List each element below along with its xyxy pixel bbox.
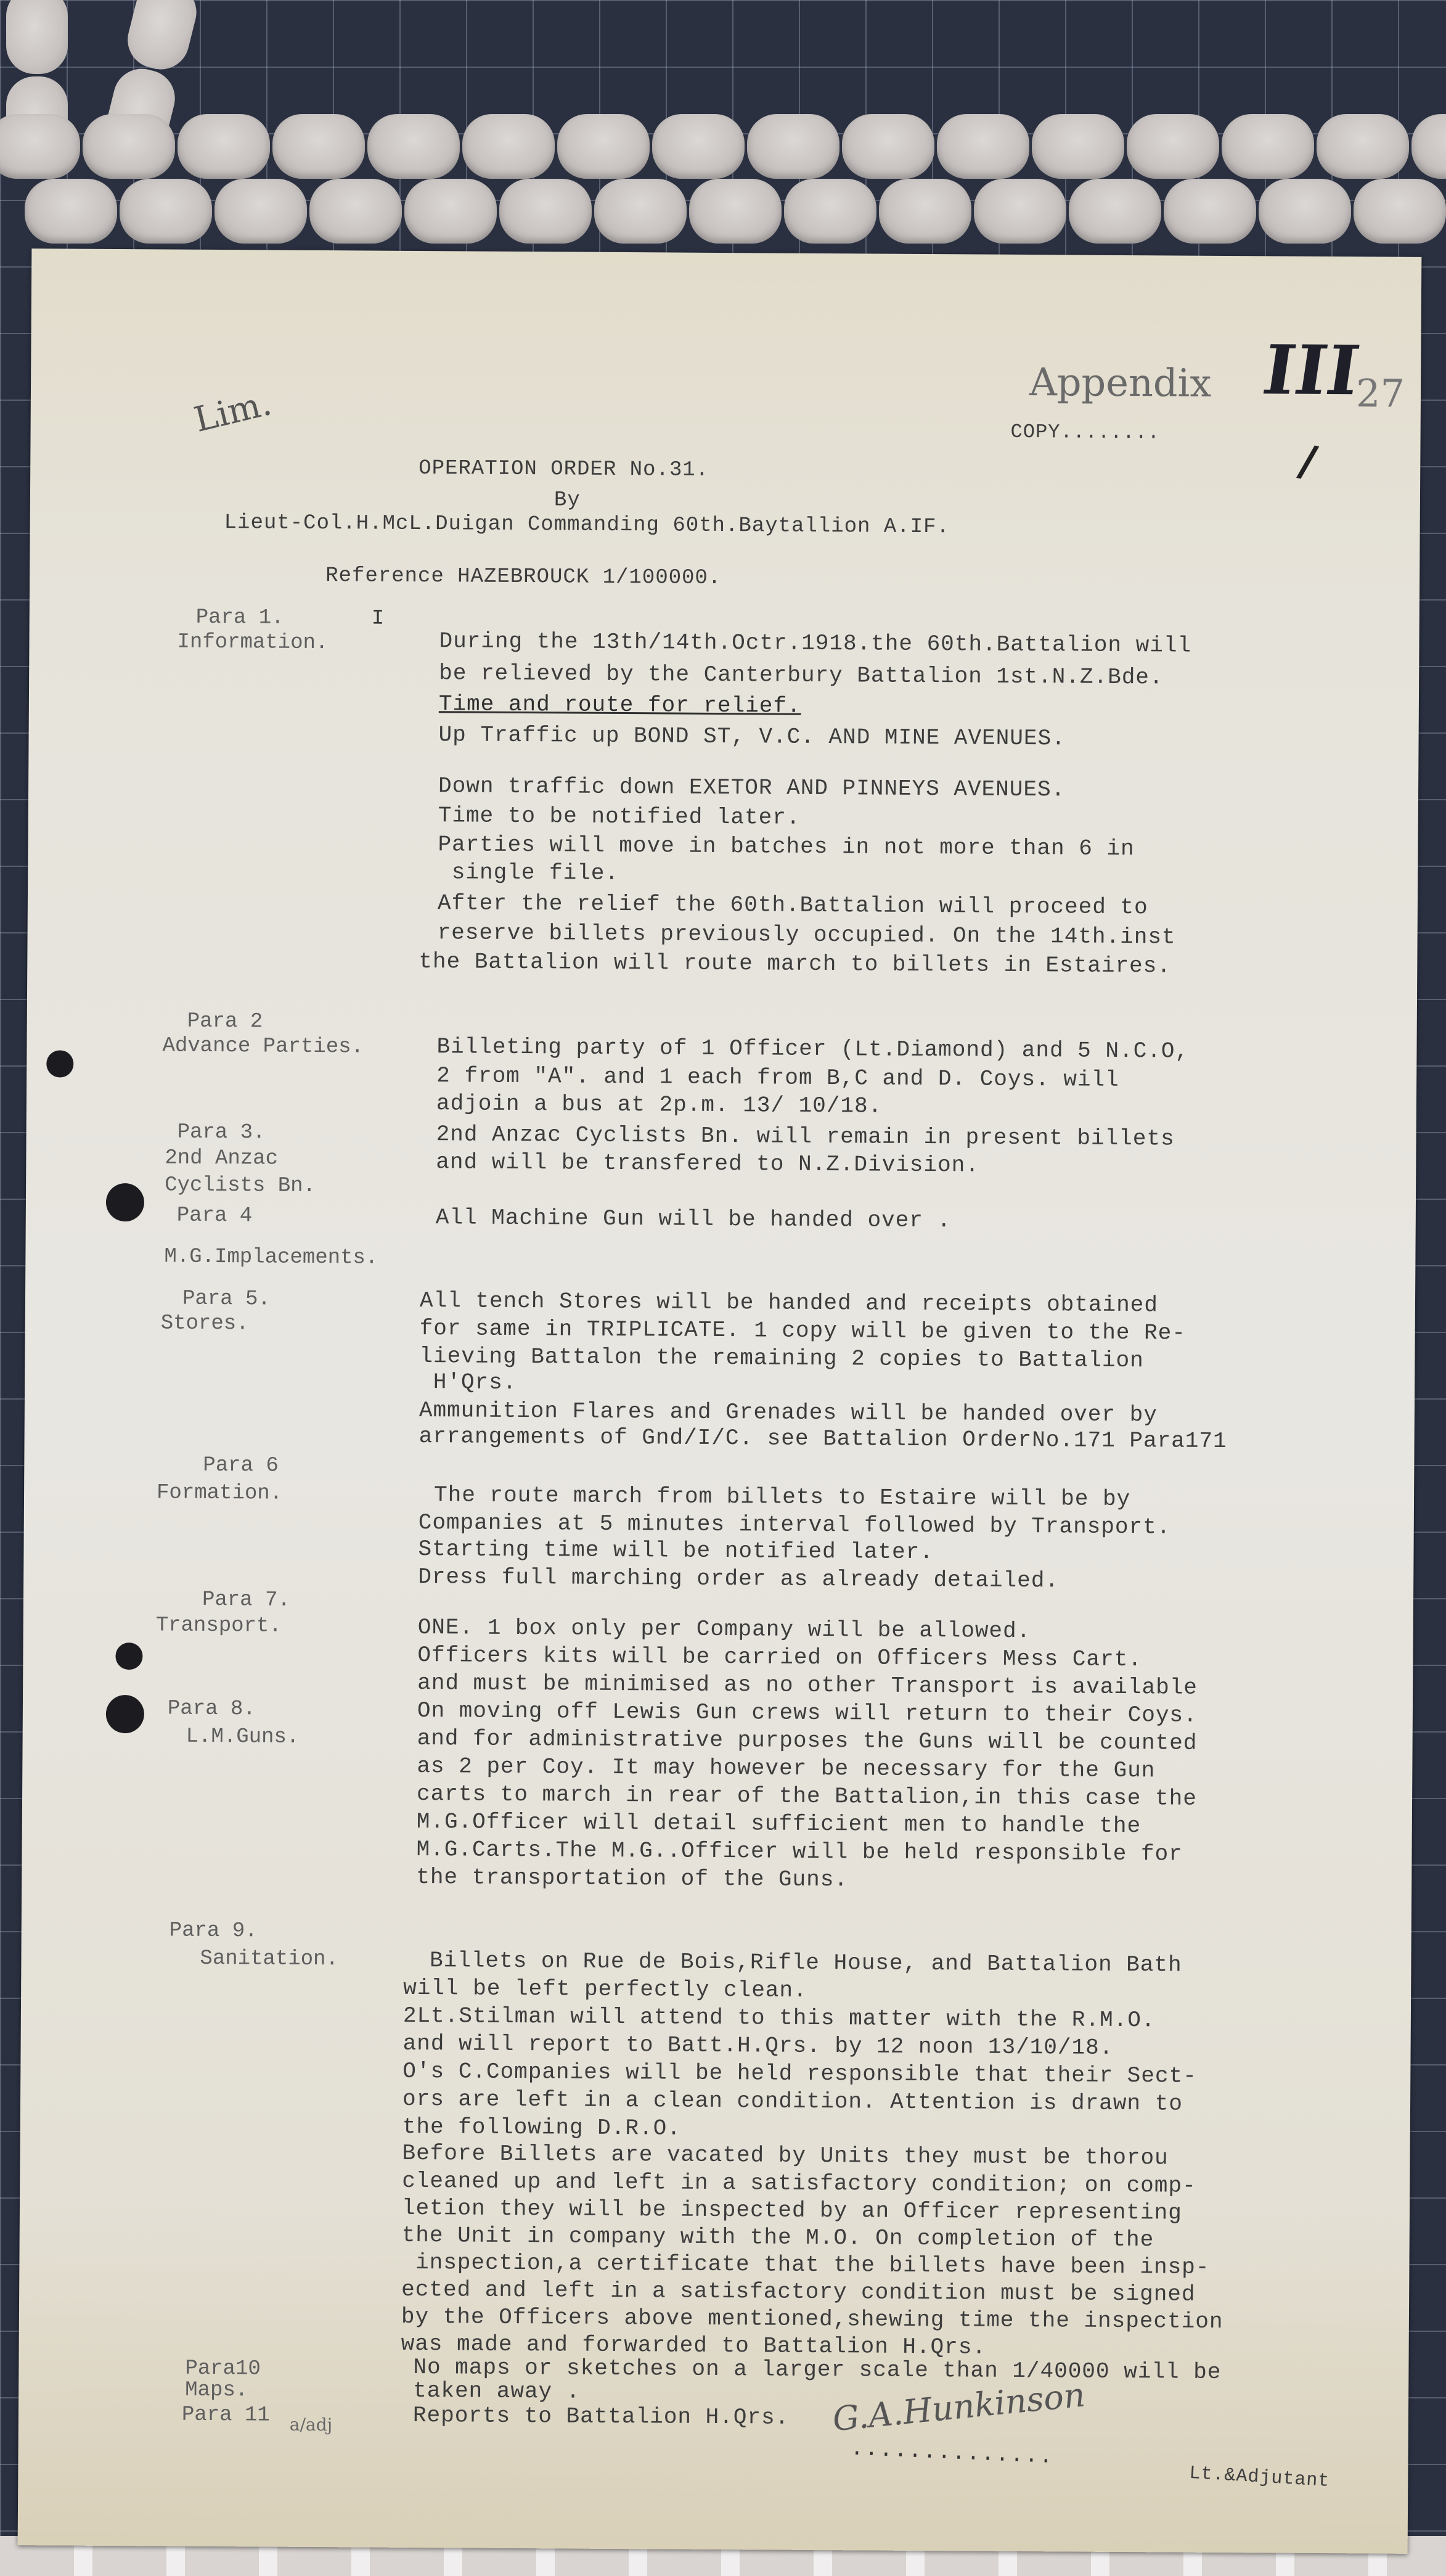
rope-top-upper	[0, 114, 1446, 179]
para-line: Reports to Battalion H.Qrs.	[413, 2402, 790, 2432]
para-line: Starting time will be notified later.	[418, 1535, 934, 1567]
para-line: H'Qrs.	[419, 1368, 517, 1397]
punch-hole	[46, 1050, 73, 1077]
para-line: Dress full marching order as already det…	[418, 1563, 1059, 1595]
para-line: the transportation of the Guns.	[416, 1863, 848, 1894]
para-line: Parties will move in batches in not more…	[438, 831, 1134, 863]
para-line: lieving Battalon the remaining 2 copies …	[419, 1342, 1144, 1375]
para-5-heading: Stores.	[161, 1310, 249, 1337]
para-line: adjoin a bus at 2p.m. 13/ 10/18.	[436, 1089, 883, 1120]
para-7-number: Para 7.	[202, 1586, 290, 1614]
handwritten-note-top-left: Lim.	[190, 383, 276, 440]
signature-title: Lt.&Adjutant	[1188, 2459, 1330, 2496]
copy-label: COPY........	[1010, 418, 1160, 447]
para-4-heading: M.G.Implacements.	[164, 1243, 378, 1271]
para-line: reserve billets previously occupied. On …	[437, 919, 1175, 951]
signature-dotted-line: ..............	[850, 2436, 1055, 2470]
map-reference: Reference HAZEBROUCK 1/100000.	[325, 562, 721, 593]
para-2-number: Para 2	[187, 1008, 263, 1036]
para-1-heading: Information.	[177, 629, 328, 657]
para-line: After the relief the 60th.Battalion will…	[438, 889, 1148, 922]
para-line: arrangements of Gnd/I/C. see Battalion O…	[419, 1422, 1227, 1456]
para-line: and will be transfered to N.Z.Division.	[436, 1148, 979, 1179]
para-4-number: Para 4	[177, 1202, 253, 1230]
para-7-heading: Transport.	[156, 1612, 282, 1639]
para-6-number: Para 6	[203, 1452, 279, 1480]
para-line: the Battalion will route march to billet…	[419, 948, 1171, 980]
para-3-number: Para 3.	[178, 1119, 266, 1147]
para-line: will be left perfectly clean.	[403, 1974, 807, 2005]
handwritten-margin-initials: a/adj	[290, 2414, 333, 2435]
para-line: All Machine Gun will be handed over .	[436, 1204, 952, 1235]
para-line: ONE. 1 box only per Company will be allo…	[418, 1614, 1031, 1646]
para-line: the following D.R.O.	[402, 2113, 681, 2143]
para-line: During the 13th/14th.Octr.1918.the 60th.…	[439, 627, 1191, 660]
para-line-underlined: Time and route for relief.	[439, 690, 801, 721]
para-line: 2 from "A". and 1 each from B,C and D. C…	[436, 1062, 1119, 1094]
author-line: Lieut-Col.H.McL.Duigan Commanding 60th.B…	[224, 509, 950, 541]
para-line: The route march from billets to Estaire …	[434, 1481, 1130, 1514]
document-title: OPERATION ORDER No.31.	[419, 454, 709, 485]
rope-top-lower	[25, 179, 1446, 244]
para-9-number: Para 9.	[170, 1918, 258, 1945]
para-line: single file.	[438, 858, 619, 888]
para-8-number: Para 8.	[168, 1696, 256, 1723]
punch-hole	[106, 1695, 144, 1733]
para-8-heading: L.M.Guns.	[186, 1723, 300, 1751]
para-line: Time to be notified later.	[438, 802, 801, 832]
document-page: Lim. Appendix III 27 / COPY........ OPER…	[18, 248, 1422, 2554]
para-2-heading: Advance Parties.	[162, 1032, 364, 1060]
handwritten-appendix: Appendix	[1029, 359, 1212, 406]
handwritten-mark: /	[1295, 434, 1321, 488]
para-1-number: Para 1.	[196, 604, 284, 632]
para-line: Down traffic down EXETOR AND PINNEYS AVE…	[438, 772, 1065, 804]
punch-hole	[106, 1183, 144, 1221]
para-10-heading: Maps.	[185, 2377, 248, 2405]
para-line: Billeting party of 1 Officer (Lt.Diamond…	[436, 1033, 1189, 1065]
para-line: Up Traffic up BOND ST, V.C. AND MINE AVE…	[438, 721, 1065, 753]
para-5-number: Para 5.	[182, 1286, 271, 1313]
para-1-body: During the 13th/14th.Octr.1918.the 60th.…	[31, 248, 1421, 257]
handwritten-page-number: 27	[1356, 371, 1405, 416]
para-11-number: Para 11	[182, 2402, 270, 2429]
para-9-heading: Sanitation.	[200, 1945, 338, 1973]
para-1-marker: I	[372, 605, 385, 633]
para-6-heading: Formation.	[157, 1479, 282, 1507]
handwritten-roman-numeral: III	[1258, 330, 1365, 410]
para-3-heading: 2nd Anzac Cyclists Bn.	[165, 1144, 316, 1199]
punch-hole	[115, 1643, 142, 1670]
para-line: be relieved by the Canterbury Battalion …	[439, 659, 1164, 692]
